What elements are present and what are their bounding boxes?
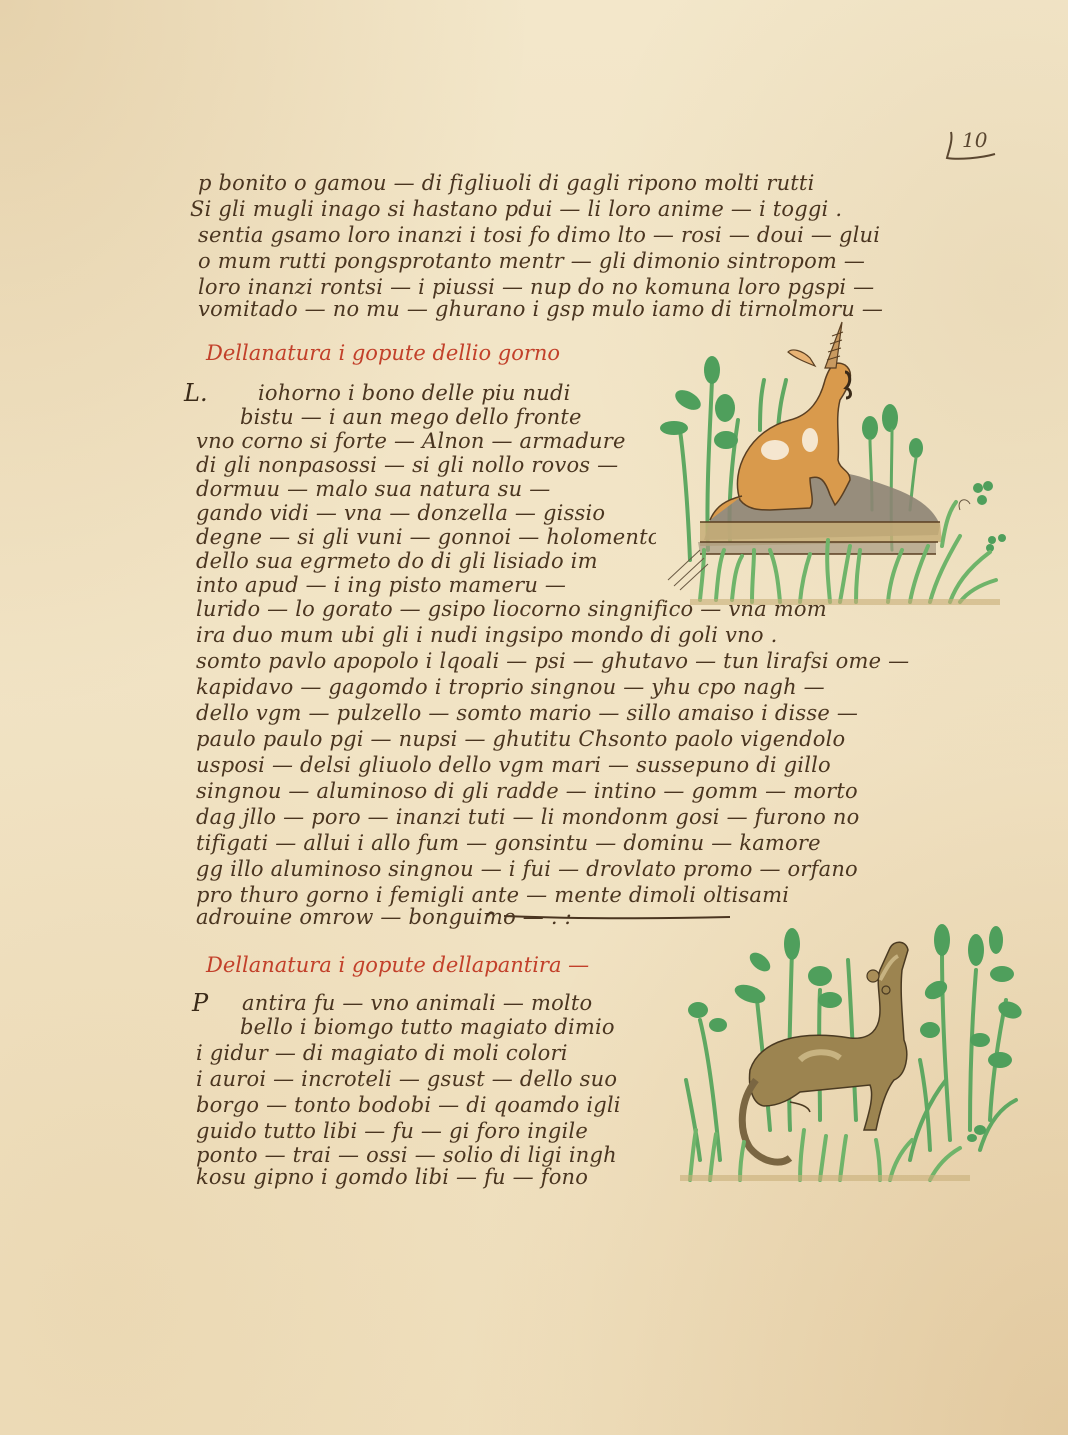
folio-number: 10 xyxy=(962,128,987,152)
initial-letter: L. xyxy=(184,380,208,406)
text-line: dormuu — malo sua natura su — xyxy=(196,476,636,502)
panther-illustration xyxy=(680,880,1040,1190)
text-line: singnou — aluminoso di gli radde — intin… xyxy=(196,778,966,804)
initial-letter: P xyxy=(192,990,208,1016)
text-line: bello i biomgo tutto magiato dimio xyxy=(240,1014,680,1040)
text-line: gg illo aluminoso singnou — i fui — drov… xyxy=(196,856,976,882)
text-line: dello vgm — pulzello — somto mario — sil… xyxy=(196,700,966,726)
text-line: tifigati — allui i allo fum — gonsintu —… xyxy=(196,830,976,856)
text-line: kapidavo — gagomdo i troprio singnou — y… xyxy=(196,674,966,700)
unicorn-illustration xyxy=(660,310,1020,610)
text-line: i auroi — incroteli — gsust — dello suo xyxy=(196,1066,676,1092)
text-line: o mum rutti pongsprotanto mentr — gli di… xyxy=(198,248,958,274)
text-line: di gli nonpasossi — si gli nollo rovos — xyxy=(196,452,656,478)
text-line: Si gli mugli inago si hastano pdui — li … xyxy=(190,196,950,222)
text-line: kosu gipno i gomdo libi — fu — fono xyxy=(196,1164,676,1190)
text-line: dello sua egrmeto do di gli lisiado im xyxy=(196,548,656,574)
text-line: sentia gsamo loro inanzi i tosi fo dimo … xyxy=(198,222,948,248)
text-line: bistu — i aun mego dello fronte xyxy=(240,404,660,430)
text-line: into apud — i ing pisto mameru — xyxy=(196,572,636,598)
text-line: gando vidi — vna — donzella — gissio xyxy=(196,500,656,526)
text-line: somto pavlo apopolo i lqoali — psi — ghu… xyxy=(196,648,966,674)
text-line: antira fu — vno animali — molto xyxy=(242,990,682,1016)
text-line: i gidur — di magiato di moli colori xyxy=(196,1040,676,1066)
text-line: paulo paulo pgi — nupsi — ghutitu Chsont… xyxy=(196,726,966,752)
rubric-heading-panther: Dellanatura i gopute dellapantira — xyxy=(206,952,589,978)
text-line: usposi — delsi gliuolo dello vgm mari — … xyxy=(196,752,966,778)
text-line: guido tutto libi — fu — gi foro ingile xyxy=(196,1118,676,1144)
text-line: vno corno si forte — Alnon — armadure xyxy=(196,428,666,454)
text-line: degne — si gli vuni — gonnoi — holomento xyxy=(196,524,656,550)
text-line: dag jllo — poro — inanzi tuti — li mondo… xyxy=(196,804,966,830)
text-line: p bonito o gamou — di figliuoli di gagli… xyxy=(198,170,938,196)
text-line: iohorno i bono delle piu nudi xyxy=(258,380,658,406)
rubric-heading-unicorn: Dellanatura i gopute dellio gorno xyxy=(206,340,560,366)
text-line: ira duo mum ubi gli i nudi ingsipo mondo… xyxy=(196,622,966,648)
text-line: borgo — tonto bodobi — di qoamdo igli xyxy=(196,1092,676,1118)
